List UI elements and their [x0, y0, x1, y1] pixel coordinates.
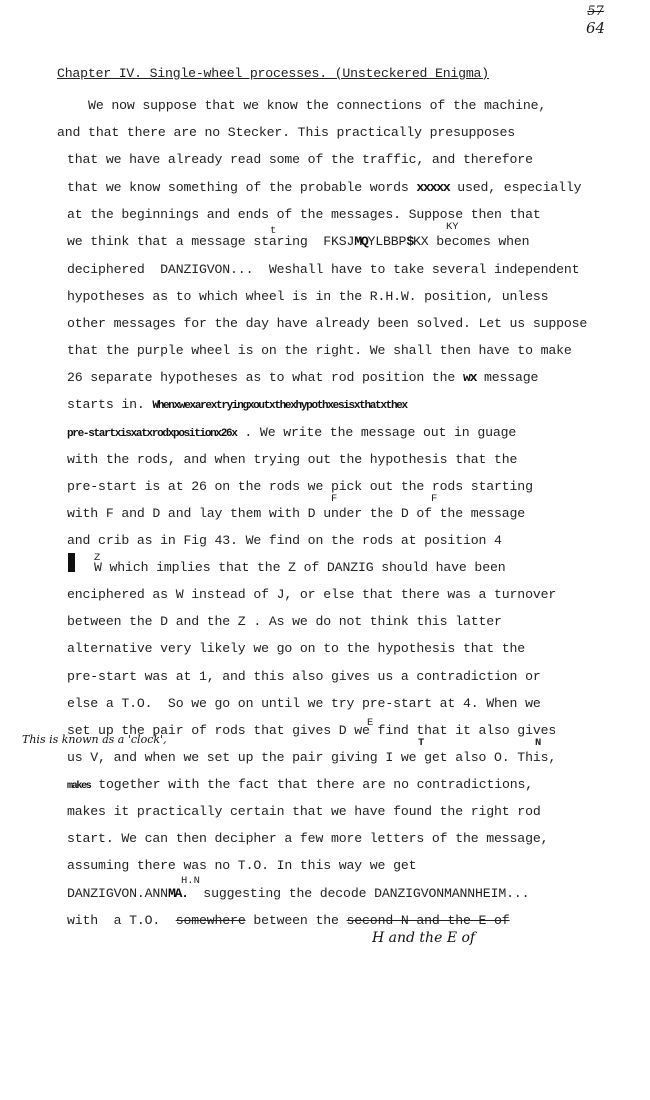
- text-line: with a T.O. somewhere between the second…: [67, 913, 510, 929]
- text-line: that the purple wheel is on the right. W…: [67, 343, 572, 359]
- page-number: 57 64: [586, 4, 605, 36]
- text-line: between the D and the Z . As we do not t…: [67, 614, 502, 630]
- text-line: with F and D and lay them with D under t…: [67, 506, 525, 522]
- text-line: we think that a message staring FKSJMQYL…: [67, 234, 529, 250]
- ink-blot: [68, 553, 75, 572]
- handwritten-correction: H and the E of: [372, 930, 475, 946]
- text-line: and crib as in Fig 43. We find on the ro…: [67, 533, 502, 549]
- superscript-correction: KY: [446, 222, 459, 232]
- text-line: other messages for the day have already …: [67, 316, 587, 332]
- struck-word: xxxxx: [416, 180, 449, 195]
- text-line: hypotheses as to which wheel is in the R…: [67, 289, 548, 305]
- text-line: assuming there was no T.O. In this way w…: [67, 858, 416, 874]
- text-line: pre-start was at 1, and this also gives …: [67, 669, 541, 685]
- text-line: else a T.O. So we go on until we try pre…: [67, 696, 541, 712]
- text-line: starts in. Whenxwexarextryingxoutxthexhy…: [67, 397, 407, 414]
- text-line: that we have already read some of the tr…: [67, 152, 533, 168]
- text-line: us V, and when we set up the pair giving…: [67, 750, 556, 766]
- text-line: 26 separate hypotheses as to what rod po…: [67, 370, 538, 386]
- text-line: alternative very likely we go on to the …: [67, 641, 525, 657]
- text-line: pre-start is at 26 on the rods we pick o…: [67, 479, 533, 495]
- superscript: F: [331, 494, 337, 504]
- text-line: that we know something of the probable w…: [67, 180, 581, 196]
- superscript-correction: H.N: [181, 876, 200, 886]
- superscript: F: [431, 494, 437, 504]
- superscript: N: [535, 738, 541, 748]
- superscript: T: [418, 738, 424, 748]
- text-line: start. We can then decipher a few more l…: [67, 831, 548, 847]
- text-line: enciphered as W instead of J, or else th…: [67, 587, 556, 603]
- text-line: W which implies that the Z of DANZIG sho…: [94, 560, 505, 576]
- handwritten-margin-note: This is known as a 'clock',: [22, 733, 167, 746]
- text-line: makes together with the fact that there …: [67, 777, 533, 795]
- text-line: at the beginnings and ends of the messag…: [67, 207, 541, 223]
- chapter-title: Chapter IV. Single-wheel processes. (Uns…: [57, 66, 489, 81]
- text-line: and that there are no Stecker. This prac…: [57, 125, 515, 141]
- text-line: makes it practically certain that we hav…: [67, 804, 541, 820]
- text-line: with the rods, and when trying out the h…: [67, 452, 517, 468]
- text-line: pre-startxisxatxrodxpositionx26x . We wr…: [67, 425, 516, 442]
- text-line: deciphered DANZIGVON... Weshall have to …: [67, 262, 579, 278]
- text-line: DANZIGVON.ANNMA. suggesting the decode D…: [67, 886, 529, 902]
- text-line: We now suppose that we know the connecti…: [57, 98, 546, 114]
- page-number-current: 64: [586, 19, 605, 37]
- page-number-struck: 57: [586, 4, 605, 20]
